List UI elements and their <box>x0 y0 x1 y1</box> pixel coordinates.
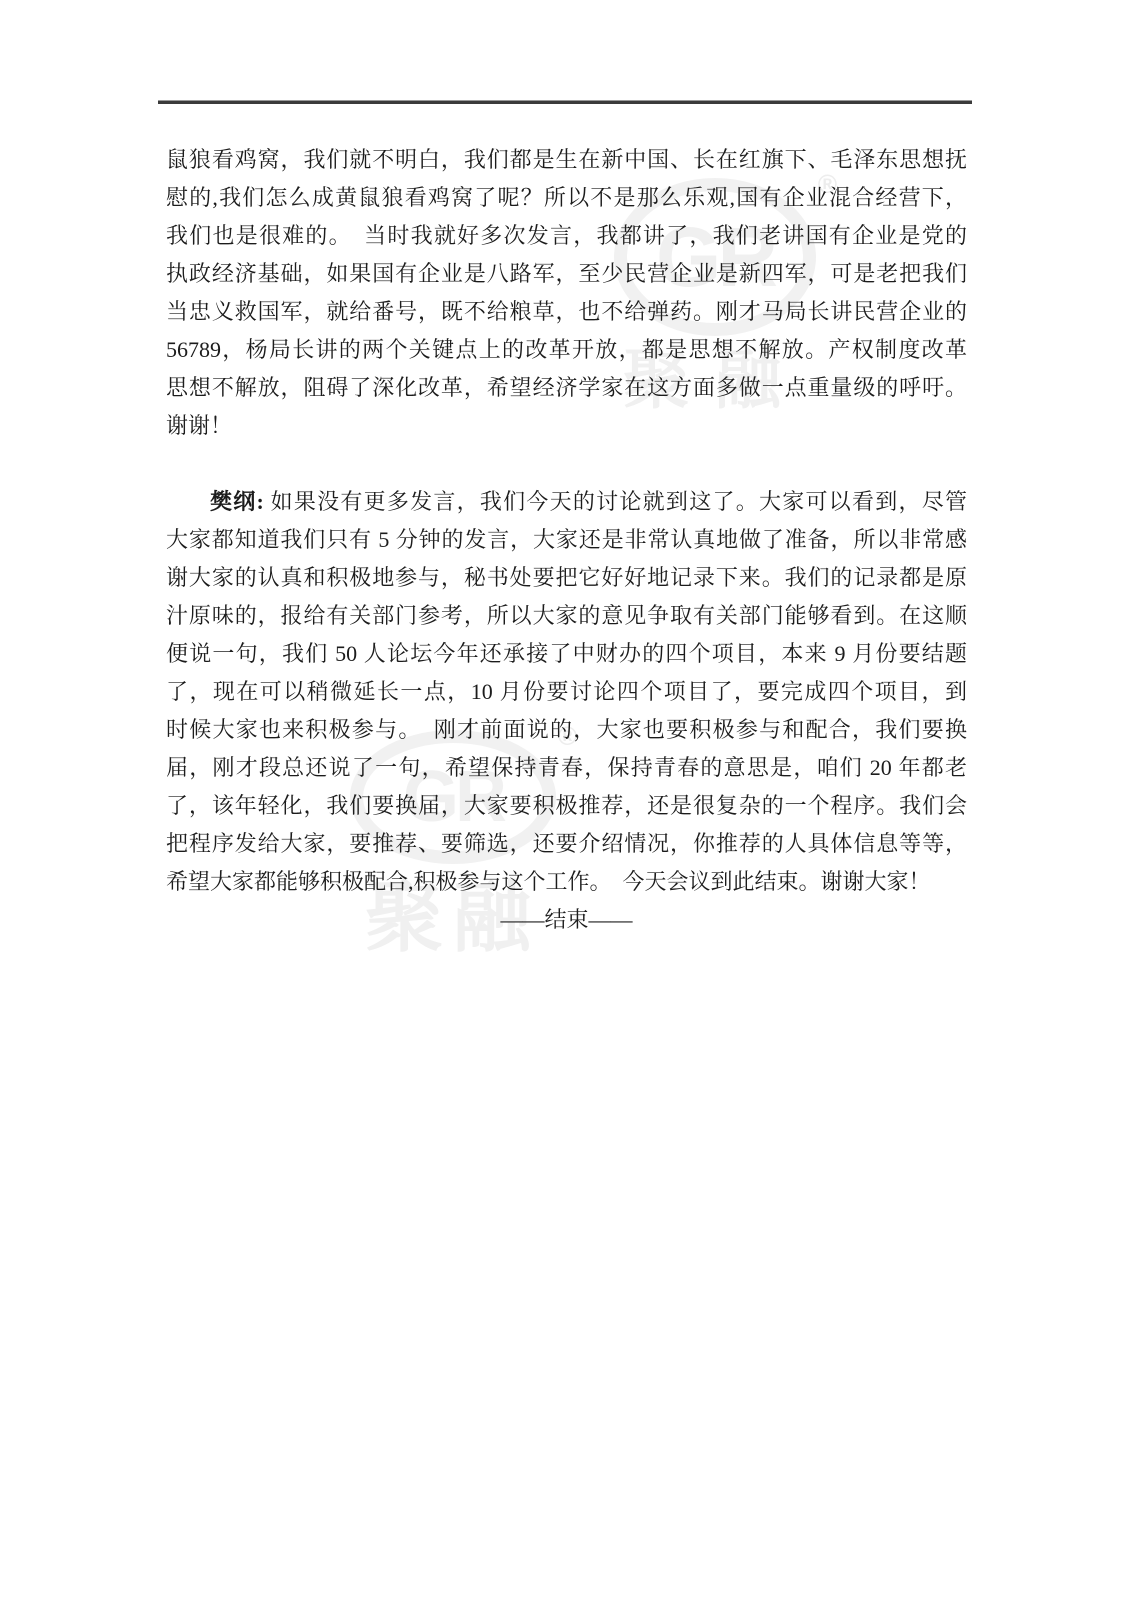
paragraph2-line: 汁原味的，报给有关部门参考，所以大家的意见争取有关部门能够看到。在这顺 <box>166 597 967 635</box>
paragraph2-line: 届，刚才段总还说了一句，希望保持青春，保持青春的意思是，咱们 20 年都老 <box>166 749 967 787</box>
paragraph1-line: 执政经济基础，如果国有企业是八路军，至少民营企业是新四军，可是老把我们 <box>166 255 967 293</box>
closing-line: ——结束—— <box>166 901 967 939</box>
paragraph1-line: 思想不解放，阻碍了深化改革，希望经济学家在这方面多做一点重量级的呼吁。 <box>166 369 967 407</box>
paragraph2-line: 了，该年轻化，我们要换届，大家要积极推荐，还是很复杂的一个程序。我们会 <box>166 787 967 825</box>
paragraph1-line: 当忠义救国军，就给番号，既不给粮草，也不给弹药。刚才马局长讲民营企业的 <box>166 293 967 331</box>
paragraph2-line: 时候大家也来积极参与。 刚才前面说的，大家也要积极参与和配合，我们要换 <box>166 711 967 749</box>
speaker-name: 樊纲: <box>210 489 264 514</box>
paragraph1-line: 谢谢！ <box>166 407 967 445</box>
paragraph2-line: 希望大家都能够积极配合,积极参与这个工作。 今天会议到此结束。谢谢大家！ <box>166 863 967 901</box>
paragraph1-line: 鼠狼看鸡窝，我们就不明白，我们都是生在新中国、长在红旗下、毛泽东思想抚 <box>166 141 967 179</box>
paragraph-spacer <box>166 445 967 483</box>
document-page: GR ® 聚融 GR ® 聚融 鼠狼看鸡窝，我们就不明白，我们都是生在新中国、长… <box>0 0 1131 1600</box>
paragraph1-line: 56789，杨局长讲的两个关键点上的改革开放，都是思想不解放。产权制度改革 <box>166 331 967 369</box>
paragraph1-line: 我们也是很难的。 当时我就好多次发言，我都讲了，我们老讲国有企业是党的 <box>166 217 967 255</box>
document-body: 鼠狼看鸡窝，我们就不明白，我们都是生在新中国、长在红旗下、毛泽东思想抚 慰的,我… <box>166 141 967 939</box>
paragraph2-line: 樊纲: 如果没有更多发言，我们今天的讨论就到这了。大家可以看到，尽管 <box>166 483 967 521</box>
paragraph2-line: 把程序发给大家，要推荐、要筛选，还要介绍情况，你推荐的人具体信息等等， <box>166 825 967 863</box>
paragraph2-line: 谢大家的认真和积极地参与，秘书处要把它好好地记录下来。我们的记录都是原 <box>166 559 967 597</box>
paragraph2-line-text: 如果没有更多发言，我们今天的讨论就到这了。大家可以看到，尽管 <box>264 489 967 514</box>
paragraph2-line: 便说一句，我们 50 人论坛今年还承接了中财办的四个项目，本来 9 月份要结题 <box>166 635 967 673</box>
header-rule <box>158 101 972 104</box>
paragraph2-line: 大家都知道我们只有 5 分钟的发言，大家还是非常认真地做了准备，所以非常感 <box>166 521 967 559</box>
paragraph1-line: 慰的,我们怎么成黄鼠狼看鸡窝了呢？所以不是那么乐观,国有企业混合经营下， <box>166 179 967 217</box>
paragraph2-line: 了，现在可以稍微延长一点，10 月份要讨论四个项目了，要完成四个项目，到 <box>166 673 967 711</box>
